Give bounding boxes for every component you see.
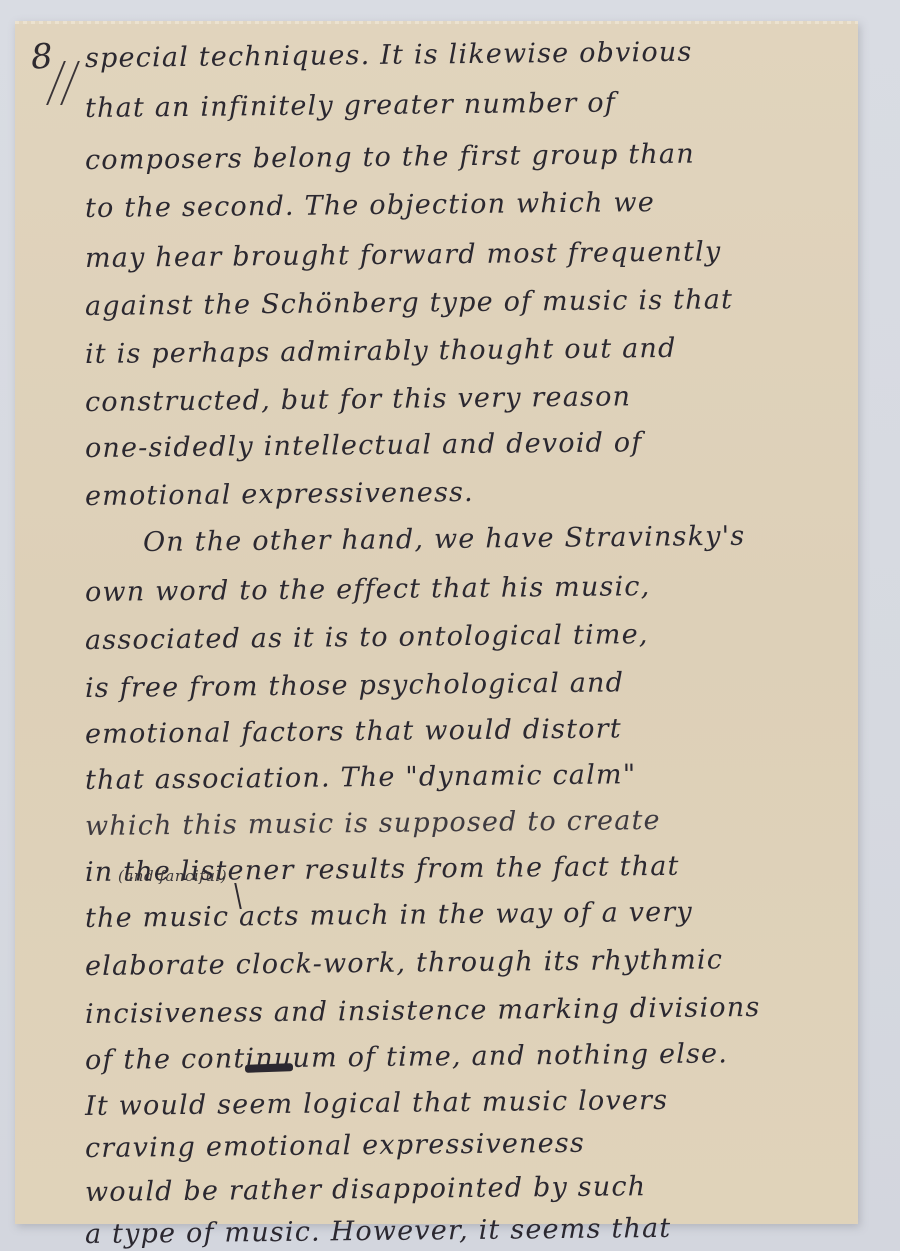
text-line: may hear brought forward most frequently <box>85 236 722 274</box>
text-line: composers belong to the first group than <box>85 139 695 176</box>
strikethrough-mark <box>245 1063 293 1073</box>
text-line: of the continuum of time, and nothing el… <box>85 1038 728 1076</box>
interlinear-insertion: (and fanciful) <box>118 867 227 885</box>
text-line: On the other hand, we have Stravinsky's <box>143 521 746 558</box>
text-line: the music acts much in the way of a very <box>85 897 693 934</box>
text-line: It would seem logical that music lovers <box>85 1085 669 1122</box>
text-line: constructed, but for this very reason <box>85 381 631 418</box>
text-line: against the Schönberg type of music is t… <box>85 284 733 322</box>
text-line: elaborate clock-work, through its rhythm… <box>85 944 723 982</box>
manuscript-page: 8 special techniques. It is likewise obv… <box>15 21 858 1224</box>
text-line: which this music is supposed to create <box>85 805 661 842</box>
text-line: emotional expressiveness. <box>85 477 474 512</box>
text-line: it is perhaps admirably thought out and <box>85 333 677 370</box>
text-line: emotional factors that would distort <box>85 713 622 750</box>
text-line: associated as it is to ontological time, <box>85 619 649 656</box>
text-line: incisiveness and insistence marking divi… <box>85 992 761 1030</box>
text-line: would be rather disappointed by such <box>85 1171 647 1208</box>
text-line: one-sidedly intellectual and devoid of <box>85 427 643 464</box>
text-line: that association. The "dynamic calm" <box>85 759 637 796</box>
text-line: to the second. The objection which we <box>85 187 655 224</box>
text-line: special techniques. It is likewise obvio… <box>85 37 693 74</box>
text-line: that an infinitely greater number of <box>85 87 616 124</box>
text-line: is free from those psychological and <box>85 667 624 704</box>
manuscript-text: special techniques. It is likewise obvio… <box>15 21 858 1224</box>
text-line: craving emotional expressiveness <box>85 1128 585 1164</box>
text-line: a type of music. However, it seems that <box>85 1213 672 1250</box>
text-line: own word to the effect that his music, <box>85 571 651 608</box>
